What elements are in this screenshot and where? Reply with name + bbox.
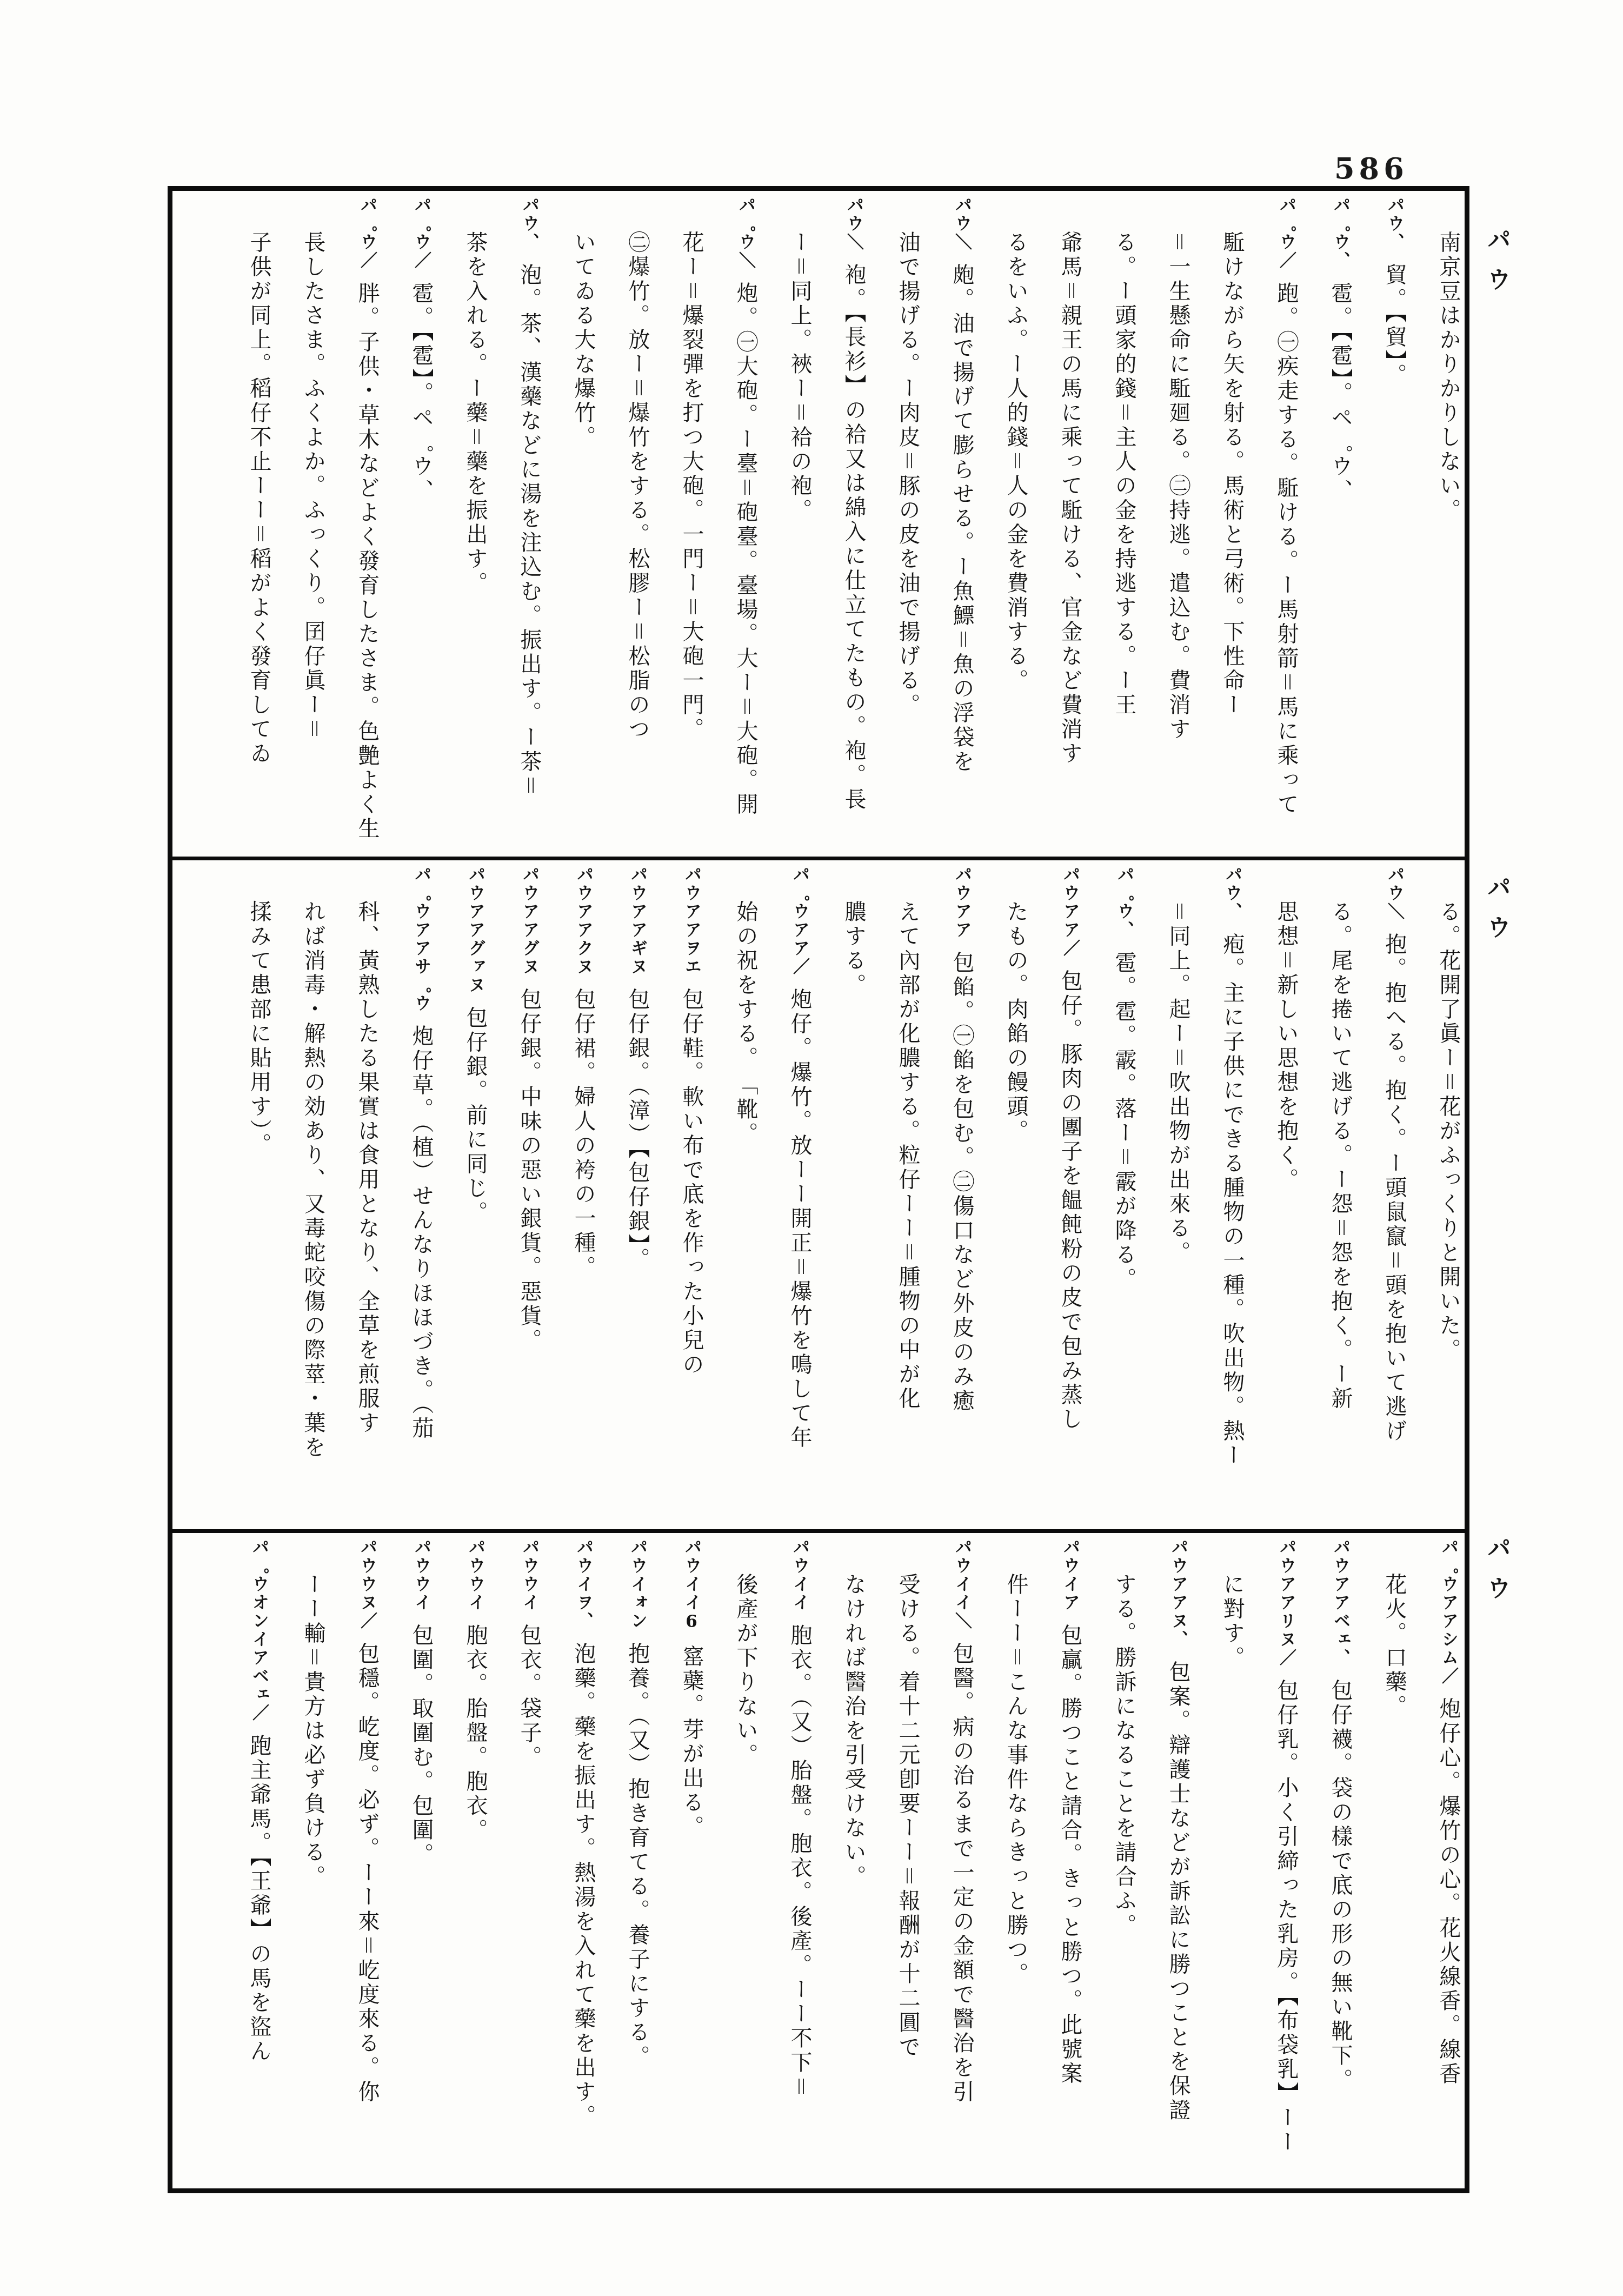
band-top: 南京豆はかりかりしない。パウ、貿。【貿】。パ゜ウ、雹。【雹】。ペ゜ウ、パ゜ウ／跑… xyxy=(177,196,1461,852)
continuation-column: に對す。 xyxy=(1219,1538,1245,2185)
entry-text: 雹。雹。霰。落ー＝霰が降る。 xyxy=(1112,951,1136,1292)
band-bottom: パ゜ウアアシム／炮仔心。爆竹の心。花火線香。線香花火。口藥。パウアアベェ、包仔襪… xyxy=(177,1538,1461,2185)
entry-column: パウ＼袍。【長衫】の袷又は綿入に仕立てたもの。袍。長 xyxy=(841,196,867,852)
entry-column: パウウヌ／包穩。屹度。必ず。ーー來＝屹度來る。你 xyxy=(354,1538,380,2185)
entry-text: 包醫。病の治るまで一定の金額で醫治を引 xyxy=(949,1642,974,2105)
continuation-column: する。勝訴になることを請合ふ。 xyxy=(1111,1538,1137,2185)
entry-headword-reading: パ゜ウオンイアベェ／ xyxy=(249,1538,269,1722)
entry-column: パウアア／包仔。豚肉の團子を饂飩粉の皮で包み蒸し xyxy=(1057,866,1083,1524)
entry-column: パ゜ウ／雹。【雹】。ペ゜ウ、 xyxy=(408,196,434,852)
entry-headword-reading: パウアアクヌ xyxy=(574,866,593,976)
entry-text: 包仔。豚肉の團子を饂飩粉の皮で包み蒸し xyxy=(1057,970,1082,1432)
entry-text: 炮仔心。爆竹の心。花火線香。線香 xyxy=(1436,1697,1461,2087)
entry-headword-reading: パウアアグヌ xyxy=(520,866,539,976)
continuation-column: ー＝同上。裌ー＝袷の袍。 xyxy=(787,196,813,852)
entry-column: パウイイ6窰蘗。芽が出る。 xyxy=(679,1538,704,2185)
entry-text: 胞衣。（又）胎盤。胞衣。後產。ーー不下＝ xyxy=(787,1624,812,2100)
entry-text: 包餡。㊀餡を包む。㊁傷口など外皮のみ癒 xyxy=(949,951,974,1414)
continuation-column: ＝同上。起ー＝吹出物が出來る。 xyxy=(1165,866,1191,1524)
entry-text: る。尾を捲いて逃げる。ー怨＝怨を抱く。ー新 xyxy=(1328,900,1353,1411)
entry-column: パウ＼抱。抱へる。抱く。ー頭鼠竄＝頭を抱いて逃げ xyxy=(1381,866,1407,1524)
entry-text: 思想＝新しい思想を抱く。 xyxy=(1274,900,1299,1192)
margin-guide-label-top: パウ xyxy=(1479,227,1514,307)
entry-text: 包仔銀。前に同じ。 xyxy=(463,1006,488,1225)
entry-headword-reading: パウアアグァヌ xyxy=(465,866,485,994)
continuation-column: れば消毒・解熱の効あり、又毒蛇咬傷の際莖・葉を xyxy=(300,866,326,1524)
entry-text: えて內部が化膿する。粒仔ーー＝腫物の中が化 xyxy=(895,900,920,1411)
entry-text: 雹。【雹】。ペ゜ウ、 xyxy=(409,282,434,503)
entry-text: 炮仔草。（植）せんなりほほづき。（茄 xyxy=(409,1025,434,1441)
entry-text: る。ー頭家的錢＝主人の金を持逃する。ー王 xyxy=(1112,231,1136,718)
entry-text: 胖。子供・草木などよく發育したさま。色艶よく生 xyxy=(355,282,380,841)
entry-column: パ゜ウ、雹。【雹】。ペ゜ウ、 xyxy=(1327,196,1353,852)
continuation-column: 受ける。着十二元卽要ーー＝報酬が十二圓で xyxy=(895,1538,921,2185)
entry-text: 茶を入れる。ー藥＝藥を振出す。 xyxy=(463,231,488,596)
entry-column: パ゜ウ、雹。雹。霰。落ー＝霰が降る。 xyxy=(1111,866,1137,1524)
entry-headword-reading: パウ＼ xyxy=(952,196,972,251)
entry-headword-reading: パウウイ xyxy=(411,1538,431,1612)
continuation-column: 駈けながら矢を射る。馬術と弓術。下性命ー xyxy=(1219,196,1245,852)
continuation-column: 長したさま。ふくよか。ふっくり。囝仔眞ー＝ xyxy=(300,196,326,852)
continuation-column: るをいふ。ー人的錢＝人の金を費消する。 xyxy=(1003,196,1029,852)
entry-headword-reading: パ゜ウ＼ xyxy=(736,196,755,270)
entry-text: に對す。 xyxy=(1220,1573,1245,1670)
entry-headword-reading: パウイイ＼ xyxy=(952,1538,972,1630)
entry-text: 科、黃熟したる果實は食用となり、全草を煎服す xyxy=(355,900,380,1436)
continuation-column: 始の祝をする。 「靴。 xyxy=(733,866,759,1524)
entry-text: 爺馬＝親王の馬に乘って駈ける、官金など費消す xyxy=(1057,231,1082,766)
entry-headword-reading: パウイォン xyxy=(628,1538,647,1630)
entry-text: 炮。㊀大砲。ー臺＝砲臺。臺場。大ー＝大砲。開 xyxy=(733,282,758,817)
entry-text: 包仔裙。婦人の袴の一種。 xyxy=(571,988,596,1280)
continuation-column: る。ー頭家的錢＝主人の金を持逃する。ー王 xyxy=(1111,196,1137,852)
band-divider xyxy=(172,857,1465,860)
entry-column: パウアアヌ、包案。辯護士などが訴訟に勝つことを保證 xyxy=(1165,1538,1191,2185)
continuation-column: えて內部が化膿する。粒仔ーー＝腫物の中が化 xyxy=(895,866,921,1524)
entry-text: るをいふ。ー人的錢＝人の金を費消する。 xyxy=(1003,231,1028,693)
entry-text: れば消毒・解熱の効あり、又毒蛇咬傷の際莖・葉を xyxy=(301,900,325,1460)
entry-headword-reading: パウ、 xyxy=(1385,196,1404,251)
entry-column: パウアアヲエ包仔鞋。軟い布で底を作った小兒の xyxy=(679,866,704,1524)
entry-text: 炮仔。爆竹。放ーー開正＝爆竹を鳴して年 xyxy=(787,988,812,1450)
entry-text: 貿。【貿】。 xyxy=(1382,263,1407,388)
entry-text: る。花開了眞ー＝花がふっくりと開いた。 xyxy=(1436,900,1461,1363)
entry-column: パウイイ＼包醫。病の治るまで一定の金額で醫治を引 xyxy=(949,1538,975,2185)
entry-headword-reading: パウイア xyxy=(1060,1538,1080,1612)
entry-headword-reading: パ゜ウ／ xyxy=(411,196,431,270)
entry-headword-reading: パウ＼ xyxy=(844,196,863,251)
continuation-column: 南京豆はかりかりしない。 xyxy=(1435,196,1461,852)
entry-text: 雹。【雹】。ペ゜ウ、 xyxy=(1328,282,1353,503)
content-frame: 南京豆はかりかりしない。パウ、貿。【貿】。パ゜ウ、雹。【雹】。ペ゜ウ、パ゜ウ／跑… xyxy=(168,186,1469,2193)
entry-column: パウアアグヌ包仔銀。中味の惡い銀貨。惡貨。 xyxy=(516,866,542,1524)
entry-column: パウアアグァヌ包仔銀。前に同じ。 xyxy=(462,866,488,1524)
entry-column: パウウイ包圍。取圍む。包圍。 xyxy=(408,1538,434,2185)
entry-text: 包仔銀。（漳）【包仔銀】。 xyxy=(625,988,650,1272)
entry-text: 泡。茶、漢藥などに湯を注込む。振出す。ー茶＝ xyxy=(517,263,542,799)
entry-column: パウアア包餡。㊀餡を包む。㊁傷口など外皮のみ癒 xyxy=(949,866,975,1524)
entry-headword-reading: パウ、 xyxy=(520,196,539,251)
entry-headword-reading: パウアア／ xyxy=(1060,866,1080,958)
continuation-column: なければ醫治を引受けない。 xyxy=(841,1538,867,2185)
entry-headword-reading: パウアアリヌ／ xyxy=(1276,1538,1296,1667)
continuation-column: る。尾を捲いて逃げる。ー怨＝怨を抱く。ー新 xyxy=(1327,866,1353,1524)
entry-text: なければ醫治を引受けない。 xyxy=(841,1573,866,1889)
continuation-column: ㊁爆竹。放ー＝爆竹をする。松膠ー＝松脂のつ xyxy=(624,196,650,852)
entry-column: パウイォン抱養。（又）抱き育てる。養子にする。 xyxy=(624,1538,650,2185)
entry-text: 包贏。勝つこと請合。きっと勝つ。此號案 xyxy=(1057,1624,1082,2086)
dictionary-page: 586 パウ パウ パウ 南京豆はかりかりしない。パウ、貿。【貿】。パ゜ウ、雹。… xyxy=(0,0,1623,2296)
entry-column: パウ、貿。【貿】。 xyxy=(1381,196,1407,852)
continuation-column: ＝一生懸命に駈廻る。㊁持逃。遣込む。費消す xyxy=(1165,196,1191,852)
entry-text: 包仔襪。袋の樣で底の形の無い靴下。 xyxy=(1328,1679,1353,2093)
entry-text: 跑。㊀疾走する。駈ける。ー馬射箭＝馬に乘って xyxy=(1274,282,1299,817)
entry-text: たもの。肉餡の饅頭。 xyxy=(1003,900,1028,1144)
entry-headword-reading: パ゜ウ／ xyxy=(357,196,377,270)
band-middle: る。花開了眞ー＝花がふっくりと開いた。パウ＼抱。抱へる。抱く。ー頭鼠竄＝頭を抱い… xyxy=(177,866,1461,1524)
entry-text: 駈けながら矢を射る。馬術と弓術。下性命ー xyxy=(1220,231,1245,718)
entry-text: 油で揚げる。ー肉皮＝豚の皮を油で揚げる。 xyxy=(895,231,920,718)
entry-text: 包仔銀。中味の惡い銀貨。惡貨。 xyxy=(517,988,542,1353)
entry-headword-reading: パ゜ウアアシム／ xyxy=(1439,1538,1458,1685)
entry-headword-reading: パウアア xyxy=(952,866,972,939)
entry-headword-reading: パ゜ウ、 xyxy=(1114,866,1134,939)
entry-column: パウウイ胞衣。胎盤。胞衣。 xyxy=(462,1538,488,2185)
entry-text: ーー輸＝貴方は必ず負ける。 xyxy=(301,1573,325,1889)
entry-column: パ゜ウオンイアベェ／跑主爺馬。【王爺】の馬を盜ん xyxy=(246,1538,272,2185)
entry-text: 抱養。（又）抱き育てる。養子にする。 xyxy=(625,1642,650,2069)
entry-text: 窰蘗。芽が出る。 xyxy=(679,1645,704,1840)
continuation-column: 花ー＝爆裂彈を打つ大砲。一門ー＝大砲一門。 xyxy=(679,196,704,852)
entry-text: 泡藥。藥を振出す。熱湯を入れて藥を出す。 xyxy=(571,1642,596,2129)
entry-text: 花ー＝爆裂彈を打つ大砲。一門ー＝大砲一門。 xyxy=(679,231,704,742)
entry-column: パウ、泡。茶、漢藥などに湯を注込む。振出す。ー茶＝ xyxy=(516,196,542,852)
entry-text: ＝同上。起ー＝吹出物が出來る。 xyxy=(1166,900,1190,1265)
entry-column: パウ、疱。主に子供にできる腫物の一種。吹出物。熱ー xyxy=(1219,866,1245,1524)
entry-text: 長したさま。ふくよか。ふっくり。囝仔眞ー＝ xyxy=(301,231,325,742)
entry-text: 抱。抱へる。抱く。ー頭鼠竄＝頭を抱いて逃げ xyxy=(1382,933,1407,1444)
entry-headword-reading: パウイイ6 xyxy=(682,1538,701,1633)
entry-column: パ゜ウ＼炮。㊀大砲。ー臺＝砲臺。臺場。大ー＝大砲。開 xyxy=(733,196,759,852)
entry-headword-reading: パウアアヌ、 xyxy=(1168,1538,1188,1649)
continuation-column: 子供が同上。稻仔不止ーー＝稻がよく發育してゐ xyxy=(246,196,272,852)
entry-column: パ゜ウ／胖。子供・草木などよく發育したさま。色艶よく生 xyxy=(354,196,380,852)
entry-headword-reading: パウウイ xyxy=(520,1538,539,1612)
entry-text: 膿する。 xyxy=(841,900,866,998)
entry-column: パ゜ウ／跑。㊀疾走する。駈ける。ー馬射箭＝馬に乘って xyxy=(1273,196,1299,852)
entry-text: 皰。油で揚げて膨らせる。ー魚鰾＝魚の浮袋を xyxy=(949,263,974,774)
entry-text: 花火。口藥。 xyxy=(1382,1573,1407,1719)
entry-text: 包穩。屹度。必ず。ーー來＝屹度來る。你 xyxy=(355,1642,380,2105)
entry-text: 始の祝をする。 「靴。 xyxy=(733,900,758,1146)
entry-column: パウイイ胞衣。（又）胎盤。胞衣。後產。ーー不下＝ xyxy=(787,1538,813,2185)
page-number: 586 xyxy=(1334,151,1408,186)
entry-text: 件ーー＝こんな事件ならきっと勝つ。 xyxy=(1003,1573,1028,1987)
entry-headword-reading: パウアアギヌ xyxy=(628,866,647,976)
continuation-column: 油で揚げる。ー肉皮＝豚の皮を油で揚げる。 xyxy=(895,196,921,852)
entry-text: ー＝同上。裌ー＝袷の袍。 xyxy=(787,231,812,523)
entry-text: ㊁爆竹。放ー＝爆竹をする。松膠ー＝松脂のつ xyxy=(625,231,650,742)
entry-text: する。勝訴になることを請合ふ。 xyxy=(1112,1573,1136,1938)
continuation-column: たもの。肉餡の饅頭。 xyxy=(1003,866,1029,1524)
continuation-column: 膿する。 xyxy=(841,866,867,1524)
entry-headword-reading: パウアアヲエ xyxy=(682,866,701,976)
entry-headword-reading: パ゜ウアアサ゜ウ xyxy=(411,866,431,1013)
entry-headword-reading: パウウヌ／ xyxy=(357,1538,377,1630)
entry-column: パウイヲ、泡藥。藥を振出す。熱湯を入れて藥を出す。 xyxy=(570,1538,596,2185)
continuation-column: 花火。口藥。 xyxy=(1381,1538,1407,2185)
continuation-column: 爺馬＝親王の馬に乘って駈ける、官金など費消す xyxy=(1057,196,1083,852)
entry-text: 疱。主に子供にできる腫物の一種。吹出物。熱ー xyxy=(1220,933,1245,1468)
entry-column: パ゜ウアアシム／炮仔心。爆竹の心。花火線香。線香 xyxy=(1435,1538,1461,2185)
entry-text: 後產が下りない。 xyxy=(733,1573,758,1768)
entry-column: パ゜ウアアサ゜ウ炮仔草。（植）せんなりほほづき。（茄 xyxy=(408,866,434,1524)
entry-headword-reading: パウイイ xyxy=(790,1538,809,1612)
entry-text: 南京豆はかりかりしない。 xyxy=(1436,231,1461,523)
entry-column: パウ＼皰。油で揚げて膨らせる。ー魚鰾＝魚の浮袋を xyxy=(949,196,975,852)
band-divider xyxy=(172,1529,1465,1533)
continuation-column: いてゐる大な爆竹。 xyxy=(570,196,596,852)
entry-column: パ゜ウアア／炮仔。爆竹。放ーー開正＝爆竹を鳴して年 xyxy=(787,866,813,1524)
entry-column: パウアアベェ、包仔襪。袋の樣で底の形の無い靴下。 xyxy=(1327,1538,1353,2185)
entry-text: いてゐる大な爆竹。 xyxy=(571,231,596,450)
entry-column: パウアアリヌ／包仔乳。小く引締った乳房。【布袋乳】ーー xyxy=(1273,1538,1299,2185)
entry-column: パウアアギヌ包仔銀。（漳）【包仔銀】。 xyxy=(624,866,650,1524)
entry-text: 跑主爺馬。【王爺】の馬を盜ん xyxy=(247,1734,271,2064)
entry-column: パウイア包贏。勝つこと請合。きっと勝つ。此號案 xyxy=(1057,1538,1083,2185)
continuation-column: 揉みて患部に貼用す）。 xyxy=(246,866,272,1524)
entry-text: 包仔鞋。軟い布で底を作った小兒の xyxy=(679,988,704,1377)
entry-headword-reading: パウ、 xyxy=(1222,866,1242,921)
entry-text: 包衣。袋子。 xyxy=(517,1624,542,1770)
entry-text: 包仔乳。小く引締った乳房。【布袋乳】ーー xyxy=(1274,1679,1299,2155)
entry-headword-reading: パウ＼ xyxy=(1385,866,1404,921)
entry-text: 揉みて患部に貼用す）。 xyxy=(247,900,271,1157)
continuation-column: 科、黃熟したる果實は食用となり、全草を煎服す xyxy=(354,866,380,1524)
continuation-column: る。花開了眞ー＝花がふっくりと開いた。 xyxy=(1435,866,1461,1524)
continuation-column: ーー輸＝貴方は必ず負ける。 xyxy=(300,1538,326,2185)
entry-headword-reading: パウイヲ、 xyxy=(574,1538,593,1630)
continuation-column: 茶を入れる。ー藥＝藥を振出す。 xyxy=(462,196,488,852)
continuation-column: 後產が下りない。 xyxy=(733,1538,759,2185)
margin-guide-label-bottom: パウ xyxy=(1479,1536,1514,1616)
entry-column: パウウイ包衣。袋子。 xyxy=(516,1538,542,2185)
entry-headword-reading: パ゜ウ／ xyxy=(1276,196,1296,270)
entry-text: 受ける。着十二元卽要ーー＝報酬が十二圓で xyxy=(895,1573,920,2060)
continuation-column: 思想＝新しい思想を抱く。 xyxy=(1273,866,1299,1524)
entry-text: 子供が同上。稻仔不止ーー＝稻がよく發育してゐ xyxy=(247,231,271,766)
margin-guide-label-middle: パウ xyxy=(1479,875,1514,955)
entry-text: 胞衣。胎盤。胞衣。 xyxy=(463,1624,488,1843)
entry-text: ＝一生懸命に駈廻る。㊁持逃。遣込む。費消す xyxy=(1166,231,1190,742)
entry-headword-reading: パウアアベェ、 xyxy=(1331,1538,1350,1667)
entry-text: 袍。【長衫】の袷又は綿入に仕立てたもの。袍。長 xyxy=(841,263,866,812)
entry-column: パウアアクヌ包仔裙。婦人の袴の一種。 xyxy=(570,866,596,1524)
entry-headword-reading: パ゜ウ、 xyxy=(1331,196,1350,270)
entry-text: 包案。辯護士などが訴訟に勝つことを保證 xyxy=(1166,1661,1190,2123)
continuation-column: 件ーー＝こんな事件ならきっと勝つ。 xyxy=(1003,1538,1029,2185)
entry-headword-reading: パ゜ウアア／ xyxy=(790,866,809,976)
entry-headword-reading: パウウイ xyxy=(465,1538,485,1612)
entry-text: 包圍。取圍む。包圍。 xyxy=(409,1624,434,1867)
